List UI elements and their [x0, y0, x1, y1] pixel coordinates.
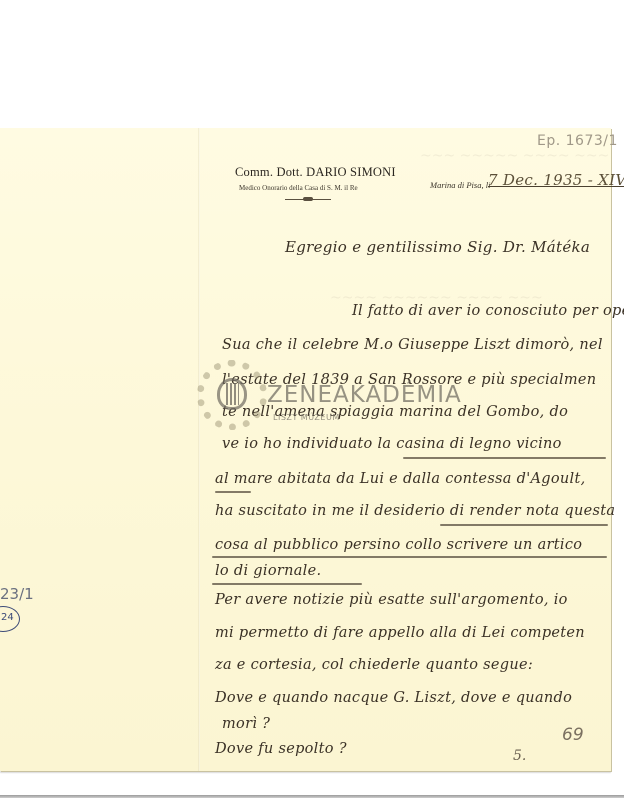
letterhead-name: Comm. Dott. DARIO SIMONI [235, 165, 396, 180]
leaf-mark: 5. [513, 748, 526, 764]
underline [440, 524, 608, 526]
letterhead-ornament [285, 199, 331, 200]
body-line: al mare abitata da Lui e dalla contessa … [215, 471, 586, 487]
body-line: mi permetto di fare appello alla di Lei … [215, 625, 585, 641]
body-line: morì ? [222, 716, 270, 732]
letterhead-subtitle: Medico Onorario della Casa di S. M. il R… [239, 184, 358, 192]
body-line: za e cortesia, col chiederle quanto segu… [215, 657, 533, 673]
scan-edge-line [0, 795, 624, 798]
body-line: lo di giornale. [215, 563, 321, 579]
salutation: Egregio e gentilissimo Sig. Dr. Mátéka [285, 238, 590, 256]
underline [403, 457, 606, 459]
body-line: te nell'amena spiaggia marina del Gombo,… [222, 404, 568, 420]
body-line: Sua che il celebre M.o Giuseppe Liszt di… [222, 337, 603, 353]
body-line: Dove e quando nacque G. Liszt, dove e qu… [215, 690, 572, 706]
fold-crease [198, 128, 200, 771]
place-prefix: Marina di Pisa, li [430, 180, 490, 190]
underline [212, 583, 362, 585]
body-line: Dove fu sepolto ? [215, 741, 347, 757]
page-number: 69 [562, 725, 584, 745]
letter-date: 7 Dec. 1935 - XIV [488, 171, 624, 189]
archive-reference: Ep. 1673/1 [537, 133, 618, 149]
body-line: ve io ho individuato la casina di legno … [222, 436, 562, 452]
body-line: l'estate del 1839 a San Rossore e più sp… [222, 372, 596, 388]
underline [215, 491, 251, 493]
margin-pencil-mark: 23/1 [0, 585, 34, 603]
body-line: ha suscitato in me il desiderio di rende… [215, 503, 615, 519]
body-line: Il fatto di aver io conosciuto per opera [352, 303, 624, 319]
body-line: cosa al pubblico persino collo scrivere … [215, 537, 582, 553]
body-line: Per avere notizie più esatte sull'argome… [215, 592, 568, 608]
stamp-number: 24 [1, 612, 14, 623]
bleed-through-text: ​~~~ ~~~~~ ~~~~ ~~~ [420, 148, 609, 164]
underline [212, 556, 607, 558]
